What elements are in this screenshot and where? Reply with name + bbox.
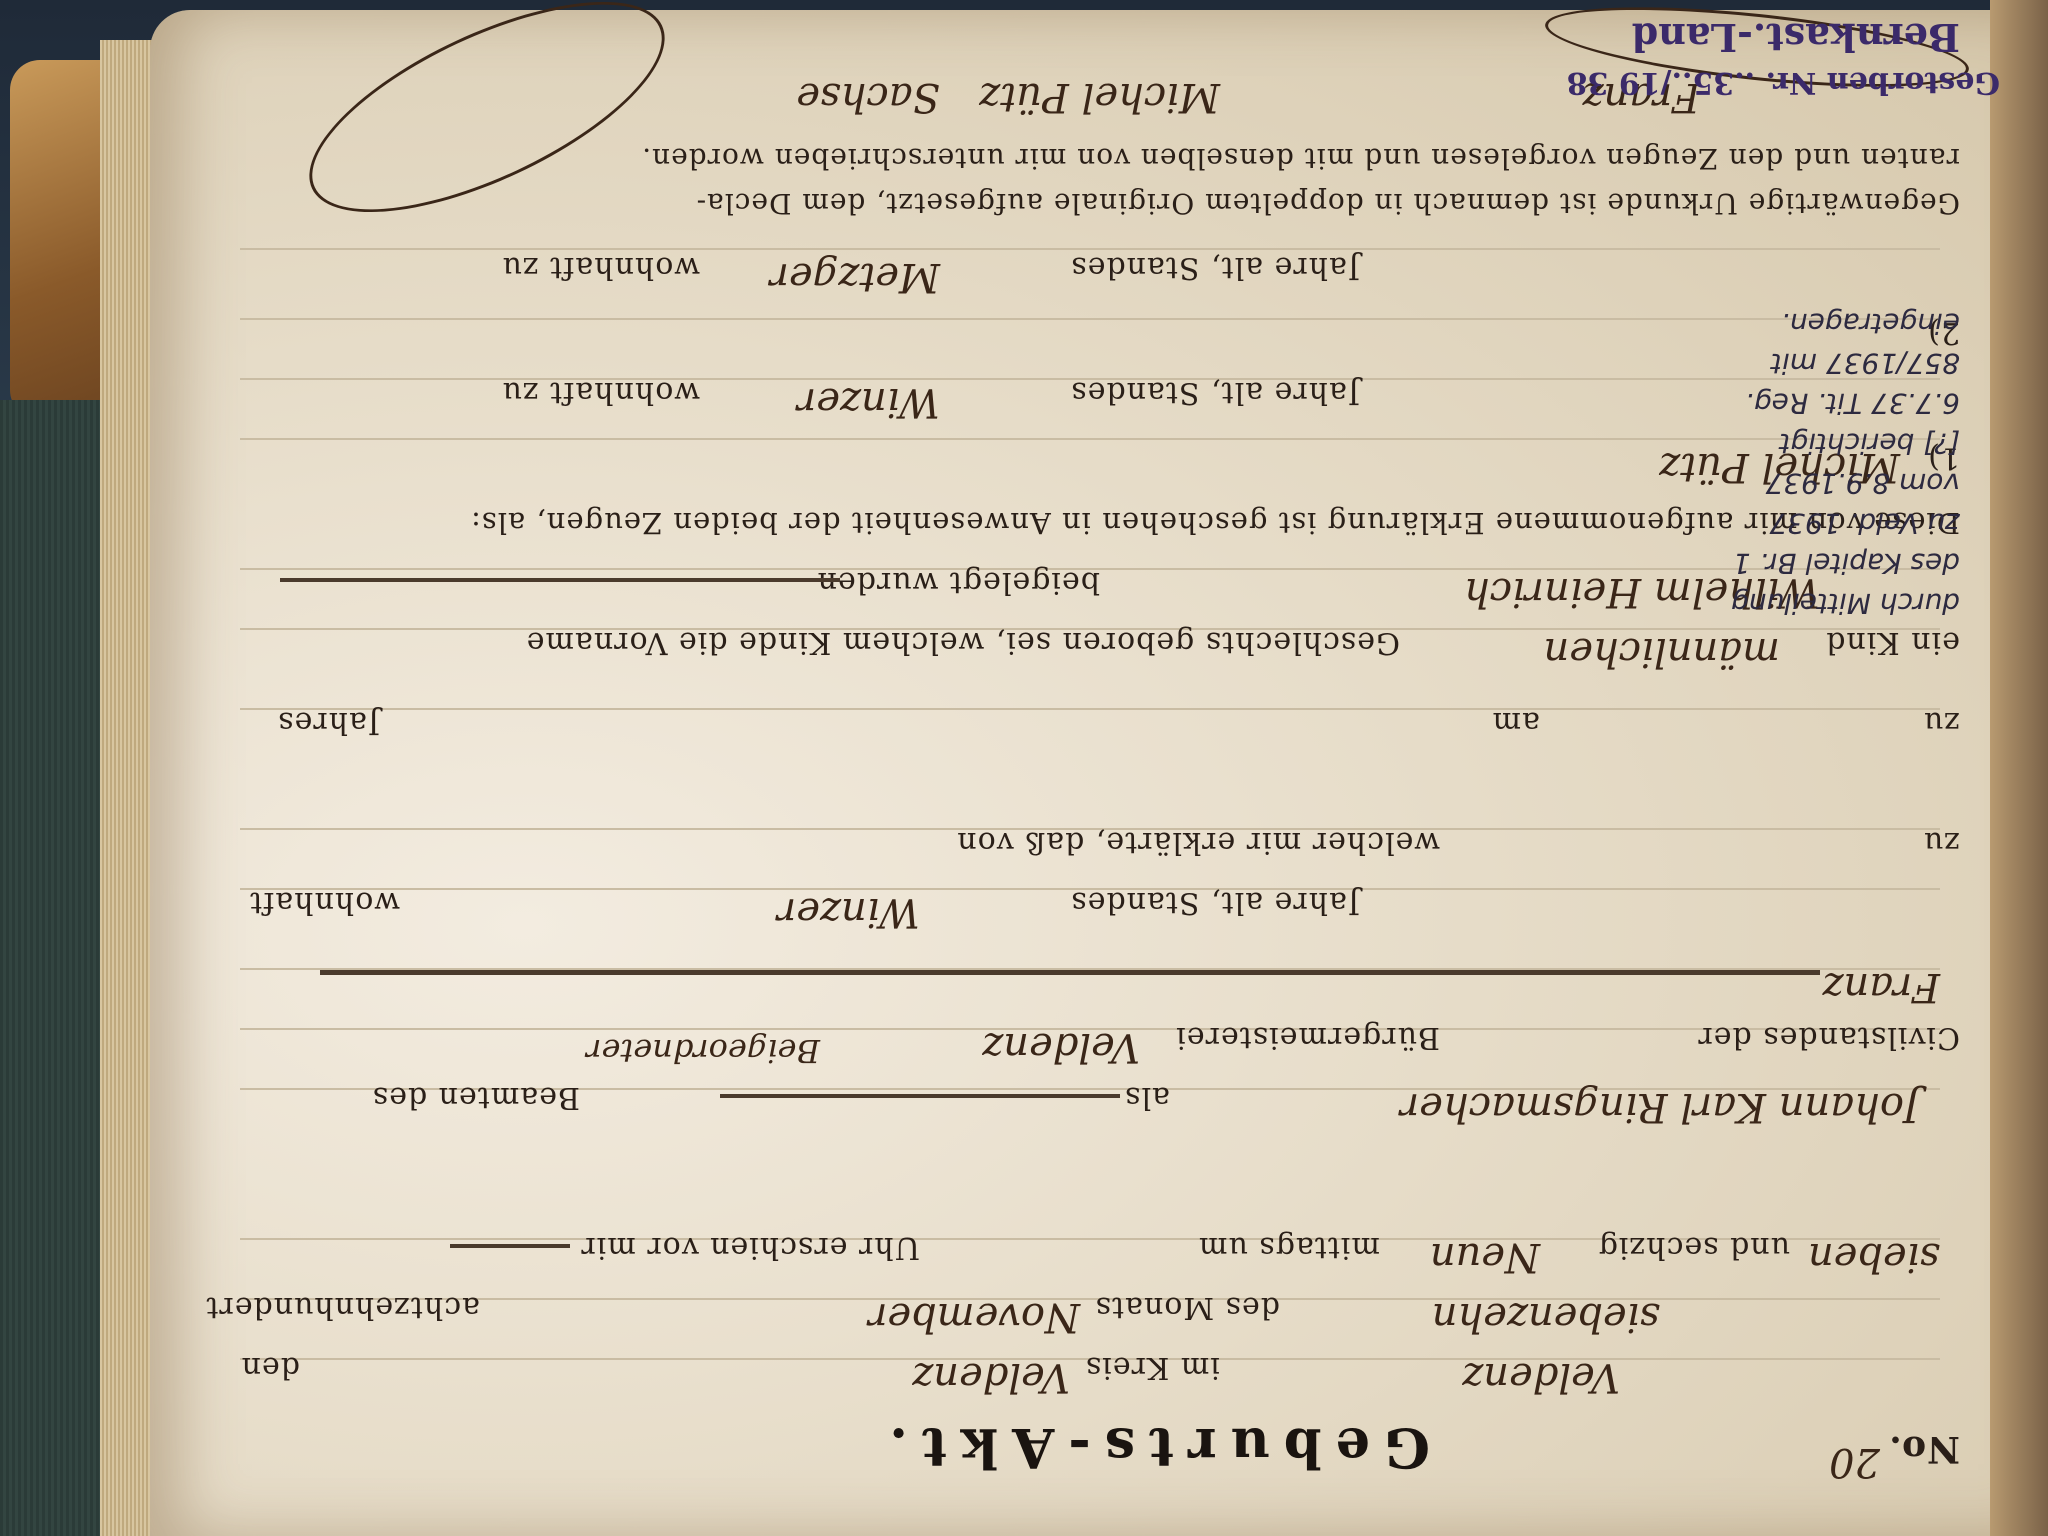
hand-witness1-trade: Winzer bbox=[797, 379, 940, 425]
hand-hour: Neun bbox=[1430, 1234, 1540, 1280]
margin-note: 6.7.37 Tit. Reg. bbox=[1745, 387, 1960, 420]
label-im-kreis: im Kreis bbox=[1085, 1350, 1220, 1385]
blank-line bbox=[320, 970, 1820, 975]
label-jahres: Jahres bbox=[277, 705, 380, 740]
hand-witness2-trade: Metzger bbox=[770, 254, 940, 300]
label-erschien: Uhr erschien vor mir bbox=[580, 1230, 920, 1265]
number-value: 20 bbox=[1829, 1439, 1880, 1485]
label-urkunde-1: Gegenwärtige Urkunde ist demnach in dopp… bbox=[696, 187, 1960, 220]
label-witness2-wohnhaft: wohnhaft zu bbox=[502, 250, 700, 285]
label-sechzig: und sechzig bbox=[1598, 1230, 1790, 1265]
page-content-upside-down: Geburts-Akt. No. 20 Veldenz im Kreis Vel… bbox=[150, 10, 2000, 1510]
margin-note: [?] berichtigt bbox=[1779, 427, 1960, 460]
label-am: am bbox=[1492, 705, 1540, 740]
hand-place: Veldenz bbox=[1462, 1354, 1620, 1400]
hand-office: Veldenz bbox=[982, 1024, 1140, 1070]
label-civilstandes: Civilstandes der bbox=[1697, 1020, 1960, 1055]
label-witness2-age: Jahre alt, Standes bbox=[1070, 250, 1360, 285]
signature-witness-1: Michel Pütz bbox=[979, 74, 1220, 120]
margin-note: zu Veld. 1937 bbox=[1769, 507, 1960, 540]
label-zu-2: zu bbox=[1923, 705, 1960, 740]
label-beigelegt: beigelegt wurden bbox=[817, 565, 1100, 600]
signature-witness-2: Sachse bbox=[796, 74, 940, 120]
ruling bbox=[240, 1298, 1940, 1300]
margin-note: des Kapitel Br. 1 bbox=[1733, 547, 1960, 580]
label-buergermeisterei: Bürgermeisterei bbox=[1175, 1020, 1440, 1055]
label-zu: zu bbox=[1923, 825, 1960, 860]
hand-declarant: Franz bbox=[1822, 964, 1940, 1010]
margin-note: vom 8.9.1937 bbox=[1765, 467, 1960, 500]
hand-trade: Winzer bbox=[777, 889, 920, 935]
margin-note: durch Mitteilung bbox=[1731, 587, 1960, 620]
label-jahrhundert: achtzehnhundert bbox=[205, 1290, 480, 1325]
number-label: No. bbox=[1888, 1428, 1960, 1470]
ruling bbox=[240, 708, 1940, 710]
label-mittags: mittags um bbox=[1198, 1230, 1380, 1265]
hand-official: Johann Karl Ringsmacher bbox=[1400, 1084, 1920, 1130]
hand-role: Beigeordneter bbox=[586, 1032, 820, 1070]
label-witness1-wohnhaft: wohnhaft zu bbox=[502, 375, 700, 410]
label-erklaerte: welcher mir erklärte, daß von bbox=[956, 825, 1440, 860]
cloth-binding bbox=[0, 400, 110, 1536]
official-signature-flourish bbox=[281, 0, 693, 255]
hand-day: siebenzehn bbox=[1432, 1294, 1660, 1340]
blank-line bbox=[720, 1094, 1120, 1098]
margin-note: 857/1937 mit bbox=[1771, 347, 1960, 380]
margin-annotations: durch Mitteilung des Kapitel Br. 1 zu Ve… bbox=[1620, 300, 1960, 620]
blank-line bbox=[280, 578, 840, 582]
label-jahre-alt: Jahre alt, Standes bbox=[1070, 885, 1360, 920]
label-den: den bbox=[241, 1350, 300, 1385]
label-wohnhaft: wohnhaft bbox=[249, 885, 400, 920]
label-ein-kind: ein Kind bbox=[1825, 625, 1960, 660]
label-urkunde-2: ranten und den Zeugen vorgelesen und mit… bbox=[641, 142, 1960, 175]
label-als: als bbox=[1124, 1080, 1170, 1115]
stamp-bernkastel: Bernkast.-Land bbox=[1632, 15, 1960, 60]
hand-sex: männlichen bbox=[1544, 629, 1780, 675]
margin-note: eingetragen. bbox=[1781, 307, 1960, 340]
stamp-gestorben: Gestorben Nr. ..35../19 38 bbox=[1567, 65, 2000, 100]
label-beamten: Beamten des bbox=[372, 1080, 580, 1115]
hand-kreis: Veldenz bbox=[912, 1354, 1070, 1400]
photo-scene: Geburts-Akt. No. 20 Veldenz im Kreis Vel… bbox=[0, 0, 2048, 1536]
label-geschlechts: Geschlechts geboren sei, welchem Kinde d… bbox=[526, 625, 1400, 660]
document-title: Geburts-Akt. bbox=[875, 1416, 1430, 1480]
hand-year: sieben bbox=[1808, 1234, 1940, 1280]
hand-month: November bbox=[868, 1294, 1080, 1340]
label-witness1-age: Jahre alt, Standes bbox=[1070, 375, 1360, 410]
label-monats: des Monats bbox=[1095, 1290, 1280, 1325]
blank-line bbox=[450, 1244, 570, 1248]
